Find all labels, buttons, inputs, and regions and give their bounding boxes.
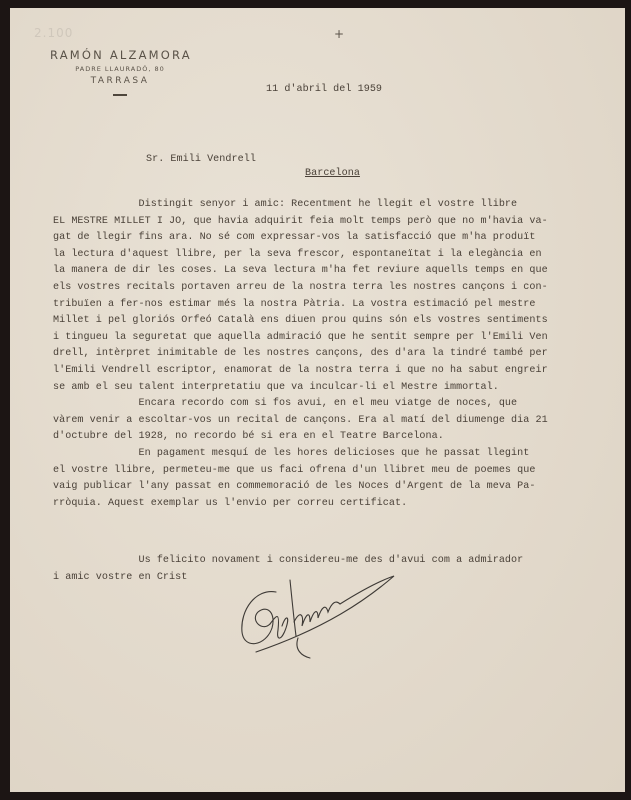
letterhead-name: RAMÓN ALZAMORA	[50, 48, 190, 62]
body-line: el vostre llibre, permeteu-me que us fac…	[53, 463, 548, 480]
body-line: la lectura d'aquest llibre, per la seva …	[53, 247, 548, 264]
body-line: la manera de dir les coses. La seva lect…	[53, 263, 548, 280]
letter-body: Distingit senyor i amic: Recentment he l…	[53, 197, 548, 512]
letterhead-rule	[113, 94, 127, 96]
crosshair-mark-icon: +	[334, 27, 344, 41]
closing-line: Us felicito novament i considereu-me des…	[53, 553, 523, 570]
body-line: l'Emili Vendrell escriptor, enamorat de …	[53, 363, 548, 380]
body-line: d'octubre del 1928, no recordo bé si era…	[53, 429, 548, 446]
body-line: drell, intèrpret inimitable de les nostr…	[53, 346, 548, 363]
body-line: EL MESTRE MILLET I JO, que havia adquiri…	[53, 214, 548, 231]
body-line: els vostres recitals portaven arreu de l…	[53, 280, 548, 297]
recipient-name: Sr. Emili Vendrell	[146, 154, 256, 165]
letterhead-address: PADRE LLAURADÓ, 80	[50, 65, 190, 73]
body-line: Encara recordo com si fos avui, en el me…	[53, 396, 548, 413]
body-line: i tingueu la seguretat que aquella admir…	[53, 330, 548, 347]
body-line: Distingit senyor i amic: Recentment he l…	[53, 197, 548, 214]
body-line: En pagament mesquí de les hores delicios…	[53, 446, 548, 463]
body-line: vàrem venir a escoltar-vos un recital de…	[53, 413, 548, 430]
body-line: rròquia. Aquest exemplar us l'envio per …	[53, 496, 548, 513]
archive-pencil-mark: 2.100	[34, 26, 73, 40]
letterhead: RAMÓN ALZAMORA PADRE LLAURADÓ, 80 TARRAS…	[50, 48, 190, 96]
body-line: gat de llegir fins ara. No sé com expres…	[53, 230, 548, 247]
body-line: tribuïen a fer-nos estimar més la nostra…	[53, 297, 548, 314]
letterhead-city: TARRASA	[50, 76, 190, 86]
body-line: vaig publicar l'any passat en commemorac…	[53, 479, 548, 496]
recipient-city: Barcelona	[305, 168, 360, 179]
letter-date: 11 d'abril del 1959	[266, 84, 382, 95]
letter-page: 2.100 RAMÓN ALZAMORA PADRE LLAURADÓ, 80 …	[10, 8, 625, 792]
body-line: Millet i pel gloriós Orfeó Català ens di…	[53, 313, 548, 330]
signature-icon	[236, 570, 406, 660]
body-line: se amb el seu talent interpretatiu que v…	[53, 380, 548, 397]
